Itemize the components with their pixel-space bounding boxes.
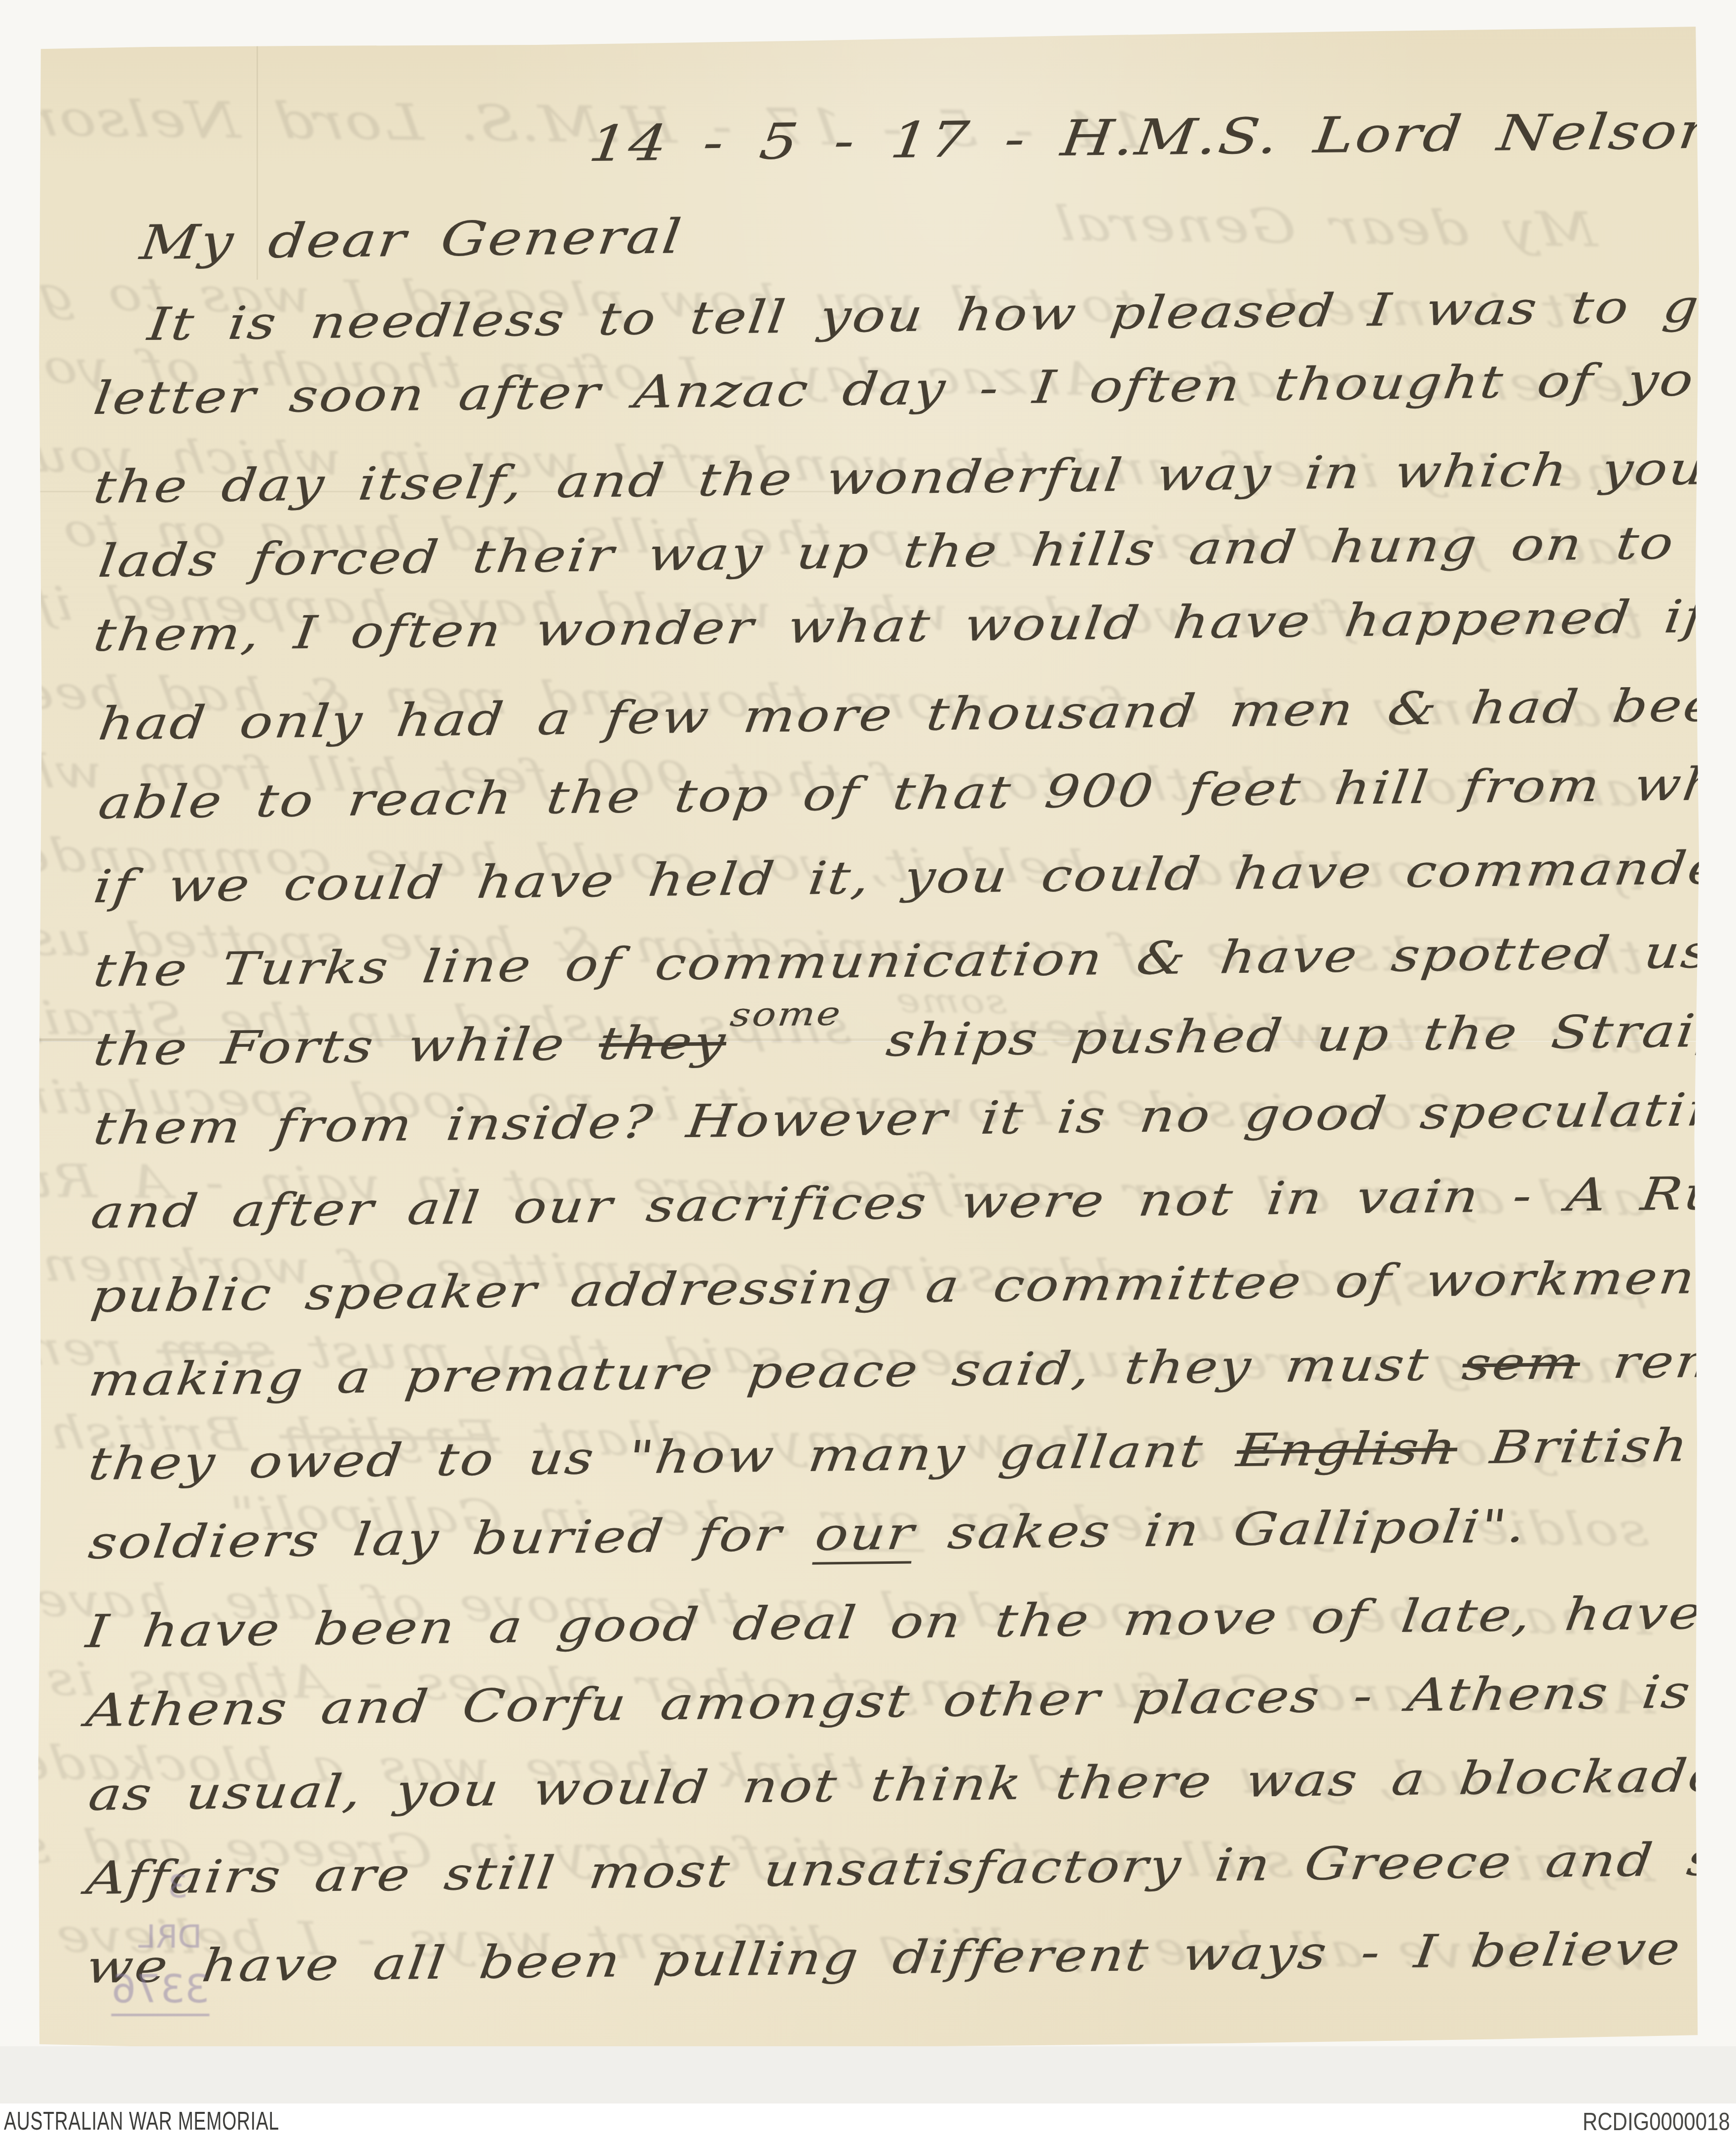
letter-line: the Forts while they some ships pushed u… bbox=[0, 990, 1645, 1060]
letter-word-group: our bbox=[812, 1507, 919, 1565]
letter-word-group: as usual, you would not think there was … bbox=[86, 1748, 1736, 1821]
letter-word-group: I have been a good deal on the move of l… bbox=[83, 1584, 1736, 1658]
archive-stamp-bleed: DRL bbox=[138, 1919, 202, 1956]
letter-paper: 14 - 5 - 17 - H.M.S. Lord Nelson.My dear… bbox=[37, 26, 1699, 2049]
letter-line: soldiers lay buried for our sakes in Gal… bbox=[86, 1504, 1530, 1566]
footer-bar: AUSTRALIAN WAR MEMORIAL RCDIG0000018 bbox=[0, 2103, 1736, 2140]
ink-smudge-mark bbox=[37, 26, 208, 31]
letter-word-group: had only had a few more thousand men & h… bbox=[0, 665, 1641, 738]
letter-word-group: if we could have held it, you could have… bbox=[0, 828, 1646, 900]
letter-line: we have all been pulling different ways … bbox=[0, 1912, 1653, 1977]
letter-word-group: had only had a few more thousand men & h… bbox=[96, 678, 1736, 750]
letter-word-group: 14 - 5 - 17 - H.M.S. Lord Nelson. bbox=[0, 89, 1150, 160]
letter-word-group: soldiers lay buried for bbox=[951, 1496, 1651, 1556]
letter-word-group: ships pushed up the Straights & attacked bbox=[0, 986, 853, 1054]
letter-word-group: making a premature peace said, they must bbox=[304, 1325, 1651, 1394]
letter-word-group: sem bbox=[1460, 1336, 1584, 1391]
letter-line: letter soon after Anzac day - I often th… bbox=[0, 343, 1645, 408]
letter-word-group: some bbox=[729, 997, 844, 1032]
letter-word-group: remember what bbox=[1610, 1330, 1736, 1389]
letter-word-group: remember what bbox=[0, 1318, 126, 1376]
letter-word-group: Affairs are still most unsatisfactory in… bbox=[0, 1818, 1653, 1892]
letter-word-group: we have all been pulling different ways … bbox=[83, 1920, 1736, 1993]
letter-word-group: English bbox=[276, 1409, 503, 1464]
letter-line: lads forced their way up the hills and h… bbox=[96, 520, 1678, 584]
letter-word-group: Athens and Corfu amongst other places - … bbox=[0, 1651, 1653, 1724]
letter-line: as usual, you would not think there was … bbox=[86, 1752, 1736, 1817]
letter-line: if we could have held it, you could have… bbox=[91, 845, 1736, 910]
letter-word-group: English bbox=[1234, 1422, 1461, 1477]
letter-word-group: making a premature peace said, they must bbox=[86, 1338, 1433, 1406]
letter-line: Affairs are still most unsatisfactory in… bbox=[0, 1822, 1653, 1888]
letter-word-group: ships pushed up the Straights & attacked bbox=[884, 999, 1736, 1067]
letter-word-group: some bbox=[892, 985, 1008, 1019]
letter-word-group: them, I often wonder what would have hap… bbox=[0, 576, 1646, 649]
letter-line: It is needless to tell you how pleased I… bbox=[146, 281, 1736, 347]
letter-word-group: them from inside? However it is no good … bbox=[0, 1068, 1646, 1142]
letter-word-group: public speaker addressing a committee of… bbox=[0, 1235, 1648, 1310]
letter-word-group: the day itself, and the wonderful way in… bbox=[91, 442, 1736, 514]
letter-line: the day itself, and the wonderful way in… bbox=[0, 433, 1645, 497]
letter-word-group: sakes in Gallipoli". bbox=[945, 1500, 1530, 1559]
letter-line: they owed to us "how many gallant Englis… bbox=[86, 1419, 1736, 1487]
letter-word-group: and after all our sacrifices were not in… bbox=[0, 1152, 1648, 1226]
archive-stamp-bleed: 3 bbox=[168, 1869, 188, 1905]
letter-word-group: It is needless to tell you how pleased I… bbox=[0, 264, 1591, 338]
letter-line: lads forced their way up the hills and h… bbox=[59, 508, 1641, 571]
letter-word-group: they owed to us "how many gallant bbox=[529, 1412, 1651, 1477]
letter-line: public speaker addressing a committee of… bbox=[89, 1252, 1736, 1319]
letter-line: It is needless to tell you how pleased I… bbox=[0, 268, 1591, 334]
letter-word-group: they bbox=[1007, 1003, 1141, 1057]
letter-word-group: our bbox=[818, 1494, 925, 1552]
letter-word-group: Athens and Corfu amongst other places - … bbox=[83, 1663, 1736, 1737]
letter-word-group: we have all been pulling different ways … bbox=[0, 1908, 1653, 1981]
salutation-line: My dear General bbox=[1051, 200, 1599, 254]
letter-word-group: them from inside? However it is no good … bbox=[91, 1081, 1736, 1155]
letter-line: them, I often wonder what would have hap… bbox=[0, 580, 1645, 645]
fold-crease-horizontal-upper bbox=[37, 491, 1001, 492]
letter-word-group: the Turks line of communication & have s… bbox=[0, 910, 1646, 984]
letter-line: and after all our sacrifices were not in… bbox=[0, 1156, 1648, 1222]
letter-word-group: they bbox=[596, 1016, 730, 1070]
letter-line: Athens and Corfu amongst other places - … bbox=[0, 1655, 1653, 1721]
letter-word-group: letter soon after Anzac day - I often th… bbox=[91, 352, 1736, 425]
date-line: 14 - 5 - 17 - H.M.S. Lord Nelson. bbox=[0, 93, 1150, 156]
record-id-label: RCDIG0000018 bbox=[1583, 2107, 1730, 2136]
letter-word-group: public speaker addressing a committee of… bbox=[88, 1248, 1736, 1323]
letter-line: them from inside? However it is no good … bbox=[0, 1072, 1645, 1139]
letter-word-group: as usual, you would not think there was … bbox=[0, 1735, 1651, 1808]
letter-line: able to reach the top of that 900 feet h… bbox=[0, 747, 1640, 813]
letter-line: them from inside? However it is no good … bbox=[91, 1085, 1736, 1151]
letter-line: able to reach the top of that 900 feet h… bbox=[96, 760, 1736, 826]
salutation-line: My dear General bbox=[138, 213, 685, 266]
letter-line: making a premature peace said, they must… bbox=[86, 1334, 1736, 1403]
letter-word-group: British & French bbox=[1487, 1415, 1736, 1474]
letter-line: making a premature peace said, they must… bbox=[0, 1322, 1650, 1390]
fold-crease-vertical bbox=[257, 43, 258, 280]
letter-line: the day itself, and the wonderful way in… bbox=[91, 445, 1736, 510]
letter-word-group: able to reach the top of that 900 feet h… bbox=[0, 743, 1641, 816]
letter-word-group: I have been a good deal on the move of l… bbox=[0, 1571, 1653, 1645]
letter-word-group: My dear General bbox=[137, 209, 686, 270]
letter-word-group: sakes in Gallipoli". bbox=[206, 1487, 791, 1547]
letter-word-group: lads forced their way up the hills and h… bbox=[96, 517, 1678, 588]
letter-line: Athens and Corfu amongst other places - … bbox=[84, 1667, 1736, 1734]
letter-word-group: if we could have held it, you could have… bbox=[91, 841, 1736, 913]
letter-word-group: soldiers lay buried for bbox=[86, 1509, 786, 1569]
archive-name-label: AUSTRALIAN WAR MEMORIAL bbox=[4, 2106, 279, 2136]
letter-line: soldiers lay buried for our sakes in Gal… bbox=[207, 1491, 1650, 1553]
letter-line: and after all our sacrifices were not in… bbox=[89, 1169, 1736, 1235]
letter-word-group: the day itself, and the wonderful way in… bbox=[0, 429, 1646, 501]
letter-line: we have all been pulling different ways … bbox=[84, 1924, 1736, 1990]
archive-stamp-bleed: 3376 bbox=[111, 1967, 210, 2016]
letter-word-group: letter soon after Anzac day - I often th… bbox=[0, 339, 1646, 412]
letter-word-group: they owed to us "how many gallant bbox=[86, 1425, 1207, 1490]
letter-word-group: them, I often wonder what would have hap… bbox=[91, 589, 1736, 662]
letter-word-group: My dear General bbox=[1051, 196, 1599, 258]
letter-line: public speaker addressing a committee of… bbox=[0, 1239, 1648, 1306]
handwriting-layer: 14 - 5 - 17 - H.M.S. Lord Nelson.My dear… bbox=[37, 26, 1699, 2049]
letter-word-group: British & French bbox=[0, 1402, 249, 1461]
letter-word-group: and after all our sacrifices were not in… bbox=[88, 1165, 1736, 1239]
letter-line: they owed to us "how many gallant Englis… bbox=[0, 1406, 1650, 1474]
letter-word-group: 14 - 5 - 17 - H.M.S. Lord Nelson. bbox=[586, 102, 1736, 173]
letter-word-group: lads forced their way up the hills and h… bbox=[59, 504, 1641, 575]
letter-line: had only had a few more thousand men & h… bbox=[0, 669, 1640, 734]
letter-word-group: sem bbox=[153, 1324, 277, 1378]
scan-margin-strip bbox=[0, 2046, 1736, 2103]
fold-crease-horizontal bbox=[37, 1038, 1699, 1042]
letter-word-group: It is needless to tell you how pleased I… bbox=[145, 277, 1736, 351]
letter-line: the Turks line of communication & have s… bbox=[91, 927, 1736, 994]
letter-word-group: able to reach the top of that 900 feet h… bbox=[96, 756, 1736, 829]
letter-line: had only had a few more thousand men & h… bbox=[96, 682, 1736, 747]
letter-line: the Forts while they some ships pushed u… bbox=[91, 1003, 1736, 1072]
letter-line: as usual, you would not think there was … bbox=[0, 1739, 1650, 1805]
letter-line: Affairs are still most unsatisfactory in… bbox=[84, 1835, 1736, 1901]
letter-line: them, I often wonder what would have hap… bbox=[91, 592, 1736, 658]
letter-word-group: the Turks line of communication & have s… bbox=[91, 923, 1736, 997]
bleed-through-text: 14 - 5 - 17 - H.M.S. Lord Nelson.My dear… bbox=[37, 13, 1699, 2036]
letter-line: letter soon after Anzac day - I often th… bbox=[91, 356, 1736, 421]
letter-word-group: the Forts while bbox=[1168, 1005, 1646, 1063]
date-line: 14 - 5 - 17 - H.M.S. Lord Nelson. bbox=[587, 106, 1736, 169]
letter-line: the Turks line of communication & have s… bbox=[0, 914, 1645, 981]
letter-line: I have been a good deal on the move of l… bbox=[84, 1588, 1736, 1655]
letter-line: if we could have held it, you could have… bbox=[0, 832, 1645, 897]
letter-word-group: the Forts while bbox=[91, 1018, 569, 1076]
letter-word-group: Affairs are still most unsatisfactory in… bbox=[83, 1831, 1736, 1905]
letter-line: I have been a good deal on the move of l… bbox=[0, 1575, 1653, 1642]
